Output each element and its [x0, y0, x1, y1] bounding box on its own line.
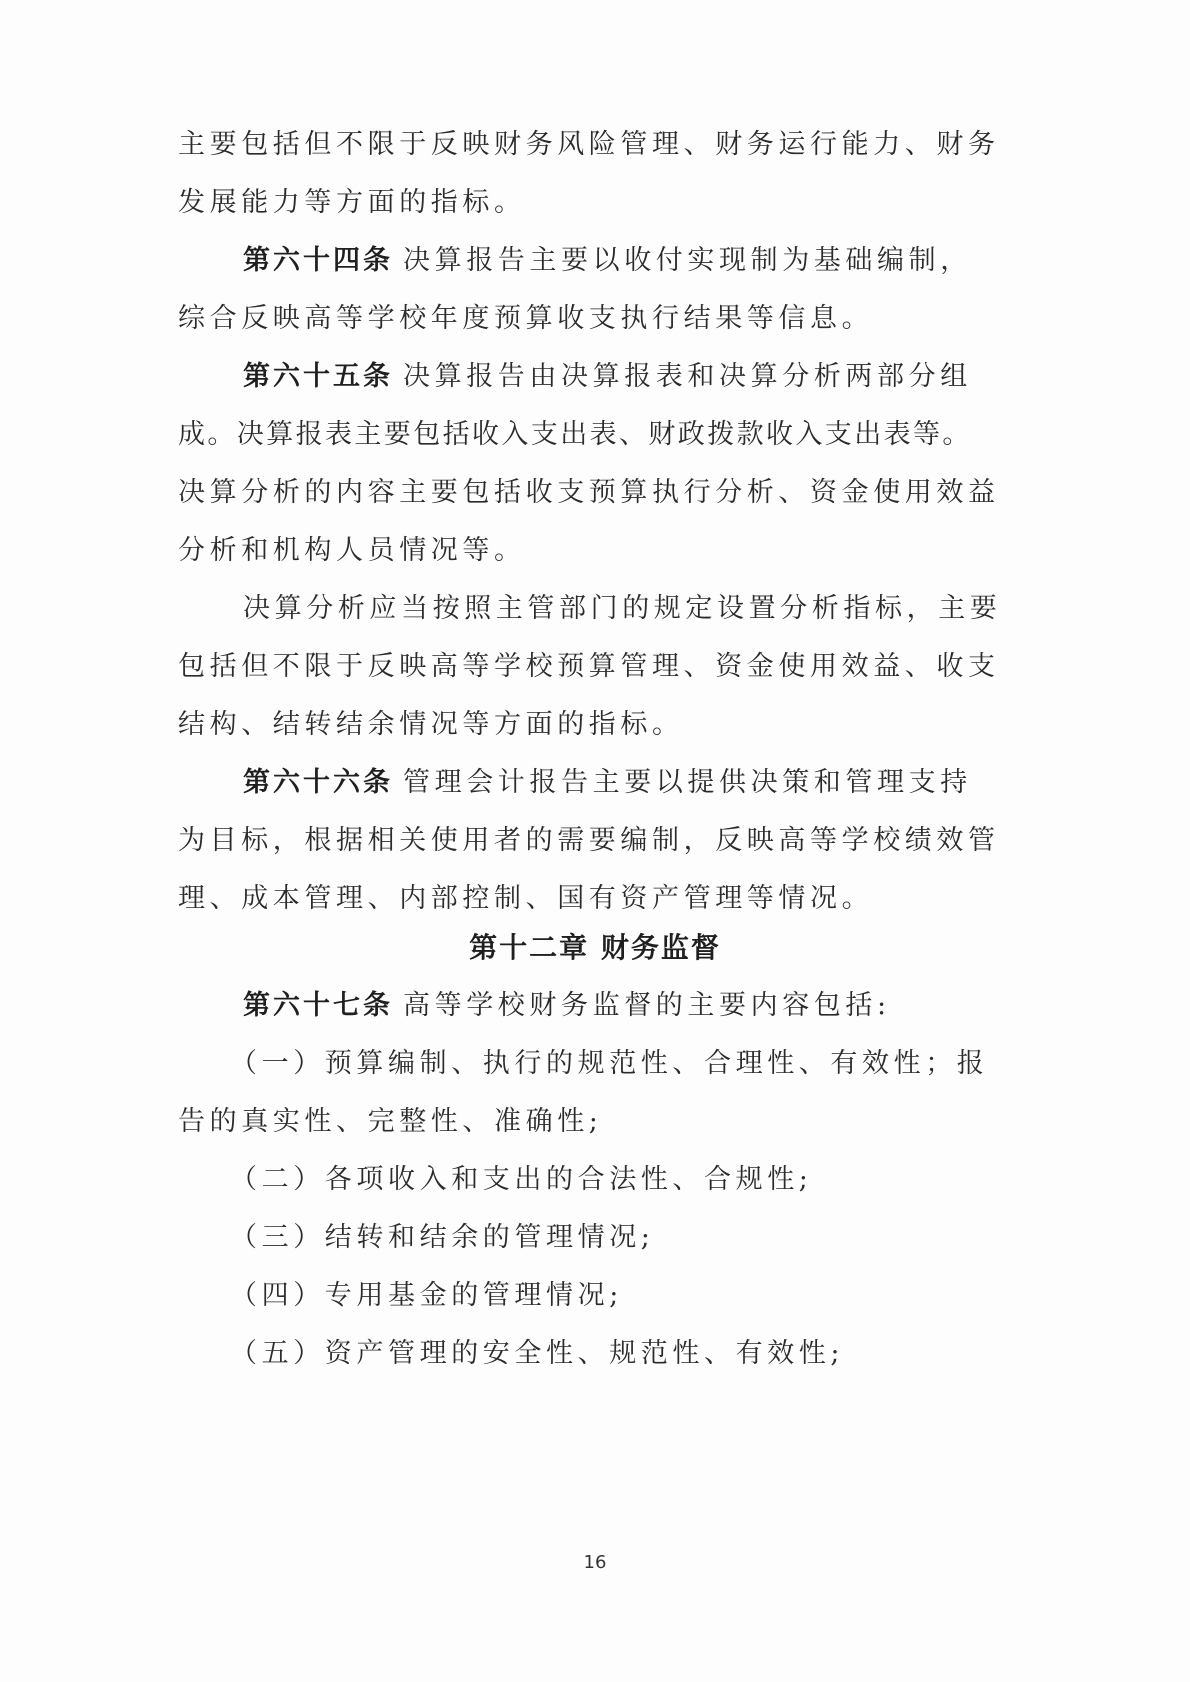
article-number: 第六十五条 [243, 361, 393, 392]
line-text: （四）专用基金的管理情况; [230, 1280, 623, 1311]
page-number: 16 [0, 1552, 1190, 1573]
line-text: 决算报告主要以收付实现制为基础编制， [403, 245, 972, 276]
line-text: （二）各项收入和支出的合法性、合规性; [230, 1164, 813, 1195]
text-line: 分析和机构人员情况等。 [178, 531, 1008, 571]
article-64-line: 第六十四条决算报告主要以收付实现制为基础编制， [243, 241, 1073, 281]
line-text: 分析和机构人员情况等。 [178, 535, 526, 566]
line-text: 理、成本管理、内部控制、国有资产管理等情况。 [178, 883, 873, 914]
line-text: 高等学校财务监督的主要内容包括: [403, 990, 891, 1021]
line-text: 发展能力等方面的指标。 [178, 187, 526, 218]
line-text: 包括但不限于反映高等学校预算管理、资金使用效益、收支 [178, 651, 1000, 682]
line-text: 决算分析的内容主要包括收支预算执行分析、资金使用效益 [178, 477, 1000, 508]
document-page: 主要包括但不限于反映财务风险管理、财务运行能力、财务 发展能力等方面的指标。 第… [0, 0, 1190, 1682]
article-number: 第六十七条 [243, 990, 393, 1021]
line-text: 结构、结转结余情况等方面的指标。 [178, 709, 684, 740]
line-text: （五）资产管理的安全性、规范性、有效性; [230, 1338, 844, 1369]
list-item: （二）各项收入和支出的合法性、合规性; [230, 1160, 1060, 1200]
article-65-line: 第六十五条决算报告由决算报表和决算分析两部分组 [243, 357, 1073, 397]
text-line: 告的真实性、完整性、准确性; [178, 1102, 1008, 1142]
line-text: 管理会计报告主要以提供决策和管理支持 [403, 767, 972, 798]
text-line: 决算分析应当按照主管部门的规定设置分析指标，主要 [243, 589, 1073, 629]
list-item: （三）结转和结余的管理情况; [230, 1218, 1060, 1258]
list-item: （五）资产管理的安全性、规范性、有效性; [230, 1334, 1060, 1374]
text-line: 成。决算报表主要包括收入支出表、财政拨款收入支出表等。 [178, 415, 1008, 455]
article-66-line: 第六十六条管理会计报告主要以提供决策和管理支持 [243, 763, 1073, 803]
text-line: 主要包括但不限于反映财务风险管理、财务运行能力、财务 [178, 125, 1008, 165]
text-line: 为目标，根据相关使用者的需要编制，反映高等学校绩效管 [178, 821, 1008, 861]
line-text: 主要包括但不限于反映财务风险管理、财务运行能力、财务 [178, 129, 1000, 160]
line-text: 成。决算报表主要包括收入支出表、财政拨款收入支出表等。 [178, 419, 972, 450]
line-text: 为目标，根据相关使用者的需要编制，反映高等学校绩效管 [178, 825, 1000, 856]
line-text: 告的真实性、完整性、准确性; [178, 1106, 603, 1137]
text-line: 综合反映高等学校年度预算收支执行结果等信息。 [178, 299, 1008, 339]
text-line: 包括但不限于反映高等学校预算管理、资金使用效益、收支 [178, 647, 1008, 687]
line-text: 决算分析应当按照主管部门的规定设置分析指标，主要 [243, 593, 1001, 624]
line-text: 决算报告由决算报表和决算分析两部分组 [403, 361, 972, 392]
list-item: （一）预算编制、执行的规范性、合理性、有效性；报 [230, 1044, 1060, 1084]
text-line: 结构、结转结余情况等方面的指标。 [178, 705, 1008, 745]
article-67-line: 第六十七条高等学校财务监督的主要内容包括: [243, 986, 1073, 1026]
chapter-heading: 第十二章 财务监督 [0, 928, 1190, 968]
list-item: （四）专用基金的管理情况; [230, 1276, 1060, 1316]
line-text: （一）预算编制、执行的规范性、合理性、有效性；报 [230, 1048, 988, 1079]
text-line: 决算分析的内容主要包括收支预算执行分析、资金使用效益 [178, 473, 1008, 513]
line-text: （三）结转和结余的管理情况; [230, 1222, 655, 1253]
text-line: 发展能力等方面的指标。 [178, 183, 1008, 223]
text-line: 理、成本管理、内部控制、国有资产管理等情况。 [178, 879, 1008, 919]
article-number: 第六十四条 [243, 245, 393, 276]
line-text: 综合反映高等学校年度预算收支执行结果等信息。 [178, 303, 873, 334]
article-number: 第六十六条 [243, 767, 393, 798]
